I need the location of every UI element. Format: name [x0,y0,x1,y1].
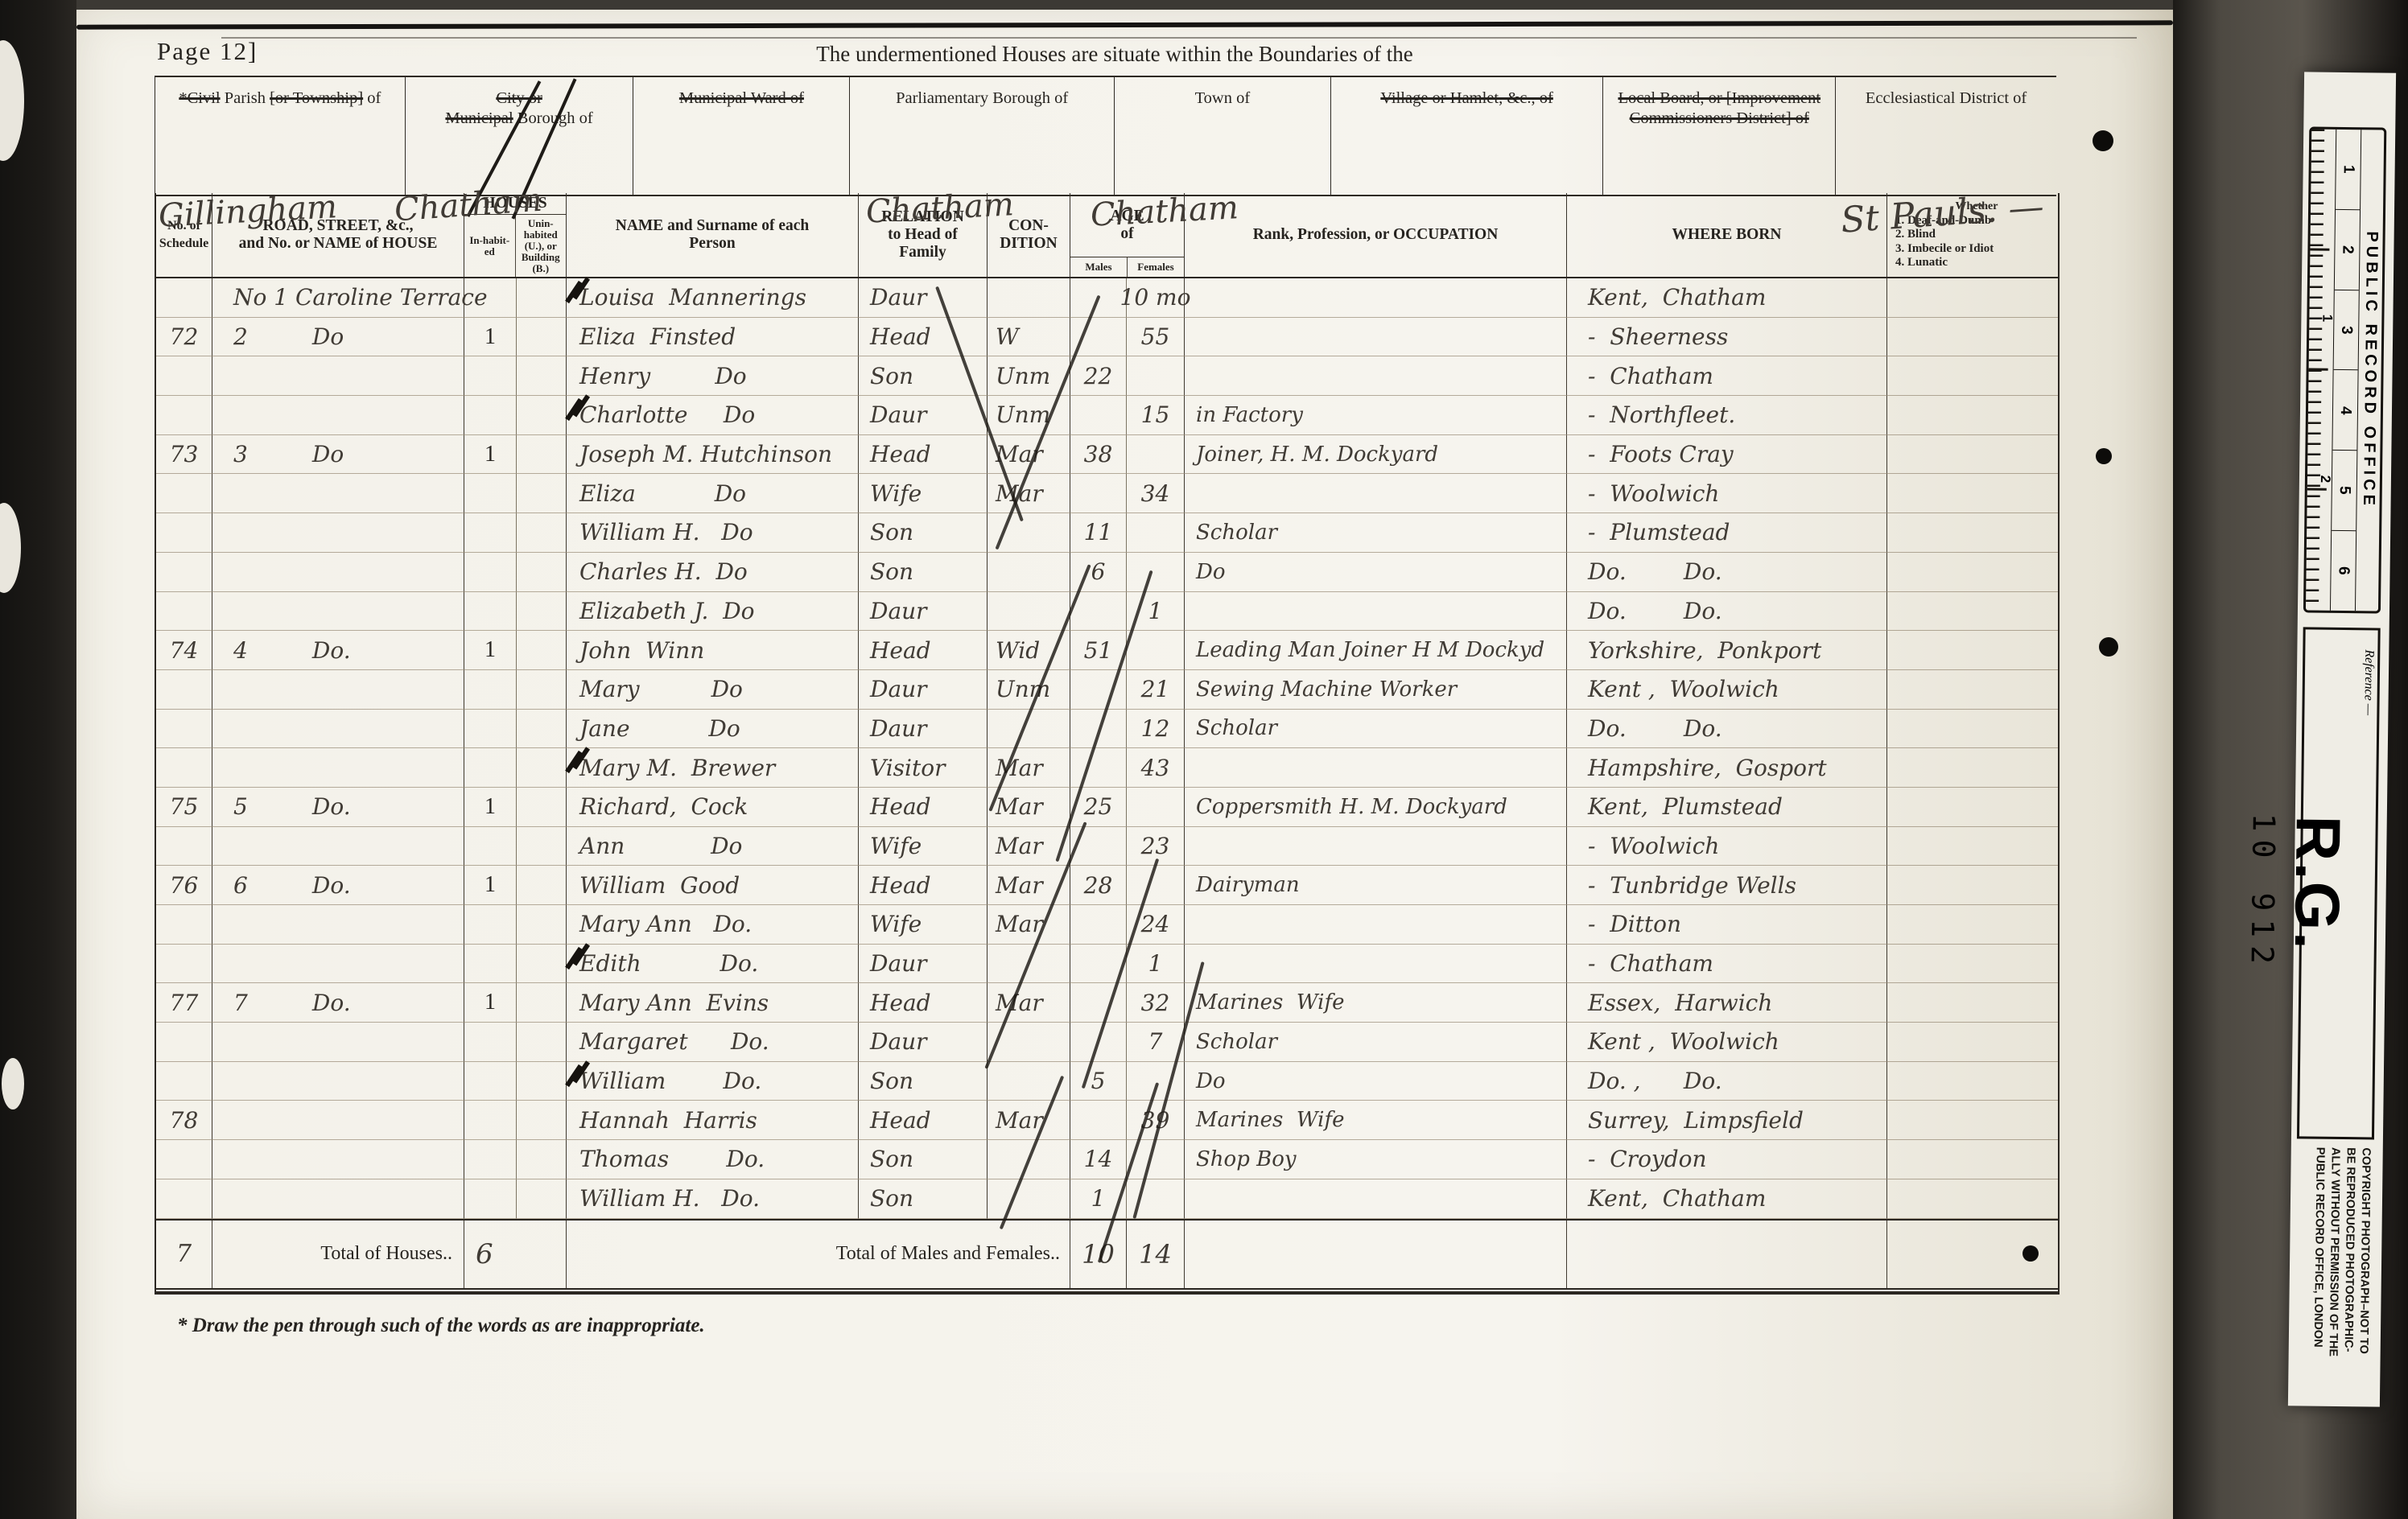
ink-blot [2022,1245,2039,1262]
cell-born: Kent , Woolwich [1567,670,1887,710]
cell-dis [1887,318,2058,357]
cell-inh [464,1101,517,1140]
totals-persons-label: Total of Males and Females.. [567,1221,1070,1288]
cell-road [212,748,464,788]
cell-inh [464,827,517,867]
cell-born: - Croydon [1567,1140,1887,1179]
cell-uninh [517,710,567,749]
cell-uninh [517,396,567,435]
cell-inh [464,356,517,396]
cell-rel: Visitor [859,748,988,788]
copyright-line: ALLY WITHOUT PERMISSION OF THE [2324,1147,2343,1398]
cell-uninh [517,1101,567,1140]
cell-sched [156,1140,212,1179]
cell-f: 55 [1127,318,1185,357]
cell-m: 14 [1070,1140,1127,1179]
field-local-board: Local Board, or [Improvement Commissione… [1603,77,1836,195]
cell-cond [988,513,1070,553]
cell-m [1070,905,1127,945]
census-table: No. of Schedule ROAD, STREET, &c., and N… [155,193,2060,1295]
cell-born: - Tunbridge Wells [1567,866,1887,905]
cell-sched [156,278,212,318]
cell-born: Kent , Woolwich [1567,1023,1887,1062]
copyright-line: PUBLIC RECORD OFFICE, LONDON [2309,1147,2328,1398]
cell-born: - Woolwich [1567,474,1887,513]
cell-sched: 75 [156,788,212,827]
cell-inh [464,513,517,553]
census-page: Page 12] The undermentioned Houses are s… [76,10,2173,1519]
cell-rel: Daur [859,396,988,435]
ink-blot [2096,448,2112,464]
cell-f [1127,435,1185,475]
rg-series: R.G. [2280,815,2355,951]
cell-road [212,474,464,513]
cell-sched [156,945,212,984]
field-ecclesiastical-district: Ecclesiastical District of St Pauls. — [1836,77,2056,195]
copyright-notice: COPYRIGHT PHOTOGRAPH–NOT TOBE REPRODUCED… [2296,1146,2373,1398]
cell-name: Margaret Do. [567,1023,859,1062]
cell-rel: Son [859,1179,988,1219]
cell-road [212,396,464,435]
cell-occ [1185,278,1567,318]
cell-rel: Daur [859,592,988,632]
cell-born: Do. Do. [1567,553,1887,592]
cell-f [1127,513,1185,553]
cell-uninh [517,553,567,592]
cell-uninh [517,592,567,632]
cell-inh [464,396,517,435]
cell-occ: Scholar [1185,513,1567,553]
pen-flourish [565,398,583,421]
cell-dis [1887,1101,2058,1140]
cell-uninh [517,788,567,827]
cell-f: 15 [1127,396,1185,435]
cell-uninh [517,631,567,670]
cell-occ: Scholar [1185,710,1567,749]
col-females: Females [1128,257,1184,277]
pen-flourish [565,947,583,969]
cell-f [1127,866,1185,905]
cell-born: Do. Do. [1567,710,1887,749]
cell-sched: 74 [156,631,212,670]
cell-m [1070,396,1127,435]
cell-rel: Head [859,1101,988,1140]
totals-houses-value: 6 [464,1221,567,1288]
field-parliamentary-borough-value: Chatham [866,195,1015,223]
cell-uninh [517,827,567,867]
cell-f [1127,788,1185,827]
cell-name: Eliza Do [567,474,859,513]
cell-occ: Do [1185,553,1567,592]
cell-road [212,513,464,553]
boundary-fields: *Civil Parish [or Township] of Gillingha… [155,76,2056,196]
cell-dis [1887,356,2058,396]
ink-blot [2099,637,2118,657]
cell-dis [1887,631,2058,670]
cell-sched: 72 [156,318,212,357]
cell-born: Do. Do. [1567,592,1887,632]
cell-m: 51 [1070,631,1127,670]
cell-dis [1887,983,2058,1023]
cell-rel: Son [859,1140,988,1179]
cell-road [212,670,464,710]
cell-rel: Head [859,318,988,357]
cell-cond: Mar [988,788,1070,827]
cell-inh [464,1023,517,1062]
totals-houses-label: Total of Houses.. [212,1221,464,1288]
cell-m: 11 [1070,513,1127,553]
cell-inh [464,553,517,592]
ruler-tick [2307,488,2327,490]
cell-sched [156,1062,212,1101]
cell-name: Richard, Cock [567,788,859,827]
footnote: * Draw the pen through such of the words… [177,1315,705,1337]
cell-dis [1887,513,2058,553]
cell-sched [156,513,212,553]
cell-born: Surrey, Limpsfield [1567,1101,1887,1140]
cell-f [1127,553,1185,592]
cell-inh: 1 [464,866,517,905]
cell-born: Kent, Chatham [1567,278,1887,318]
cell-uninh [517,670,567,710]
ink-blot [2093,130,2113,151]
ruler-cm-2: 2 [2335,210,2360,290]
cell-name: John Winn [567,631,859,670]
field-borough-value: Chatham [394,191,542,221]
cell-sched: 73 [156,435,212,475]
cell-born: Essex, Harwich [1567,983,1887,1023]
cell-uninh [517,356,567,396]
pro-reference-card: 1 2 123456 PUBLIC RECORD OFFICE Referenc… [2288,72,2396,1406]
cell-cond: Mar [988,474,1070,513]
cell-name: Henry Do [567,356,859,396]
cell-uninh [517,983,567,1023]
cell-sched: 77 [156,983,212,1023]
cell-rel: Daur [859,945,988,984]
ruler-inch-2: 2 [2317,475,2333,484]
page-number: Page 12] [157,37,258,66]
cell-occ: Dairyman [1185,866,1567,905]
cell-m [1070,592,1127,632]
cell-road [212,1101,464,1140]
cell-inh: 1 [464,983,517,1023]
ruler-tick [2309,368,2328,370]
totals-row: 7 Total of Houses.. 6 Total of Males and… [156,1219,2058,1293]
cell-name: Jane Do [567,710,859,749]
cell-uninh [517,513,567,553]
cell-occ: Marines Wife [1185,1101,1567,1140]
cell-born: - Plumstead [1567,513,1887,553]
cell-sched [156,905,212,945]
cell-uninh [517,474,567,513]
cell-f [1127,631,1185,670]
cell-f: 10 mo [1127,278,1185,318]
cell-inh [464,945,517,984]
film-edge-top [76,0,2173,10]
cell-road [212,827,464,867]
cell-road [212,710,464,749]
cell-name: Edith Do. [567,945,859,984]
cell-cond: Unm [988,396,1070,435]
cell-rel: Daur [859,670,988,710]
cell-dis [1887,553,2058,592]
pen-flourish [565,1064,583,1087]
cell-rel: Daur [859,278,988,318]
cell-dis [1887,670,2058,710]
cell-name: Hannah Harris [567,1101,859,1140]
col-occupation: Rank, Profession, or OCCUPATION [1185,193,1567,277]
cell-rel: Wife [859,827,988,867]
cell-occ: Sewing Machine Worker [1185,670,1567,710]
col-inhabited: In-habit-ed [464,215,516,277]
cell-rel: Head [859,631,988,670]
cell-sched [156,553,212,592]
page-heading: The undermentioned Houses are situate wi… [592,42,1638,67]
pen-flourish [565,281,583,303]
cell-f: 21 [1127,670,1185,710]
field-borough: City or Municipal Borough of Chatham [406,77,634,195]
cell-inh: 1 [464,788,517,827]
col-uninhabited: Unin-habited (U.), or Building (B.) [516,215,567,277]
cell-m: 5 [1070,1062,1127,1101]
cell-dis [1887,866,2058,905]
cell-sched [156,670,212,710]
cell-occ [1185,474,1567,513]
cell-road [212,1023,464,1062]
cell-f: 12 [1127,710,1185,749]
cell-road [212,592,464,632]
cell-rel: Daur [859,1023,988,1062]
cell-uninh [517,748,567,788]
pen-flourish [565,751,583,773]
field-civil-parish-value: Gillingham [158,197,337,227]
cell-dis [1887,1023,2058,1062]
cell-cond: Mar [988,983,1070,1023]
cell-cond: Mar [988,1101,1070,1140]
cell-sched [156,592,212,632]
totals-schedule-mark: 7 [156,1221,212,1288]
cell-sched [156,1023,212,1062]
cell-uninh [517,318,567,357]
cell-road [212,553,464,592]
cell-road: No 1 Caroline Terrace [212,278,464,318]
age-subcolumns: Males Females [1070,257,1184,277]
cell-dis [1887,788,2058,827]
ruler-cm-6: 6 [2331,531,2356,611]
cell-occ [1185,356,1567,396]
cell-rel: Wife [859,474,988,513]
cell-occ: Marines Wife [1185,983,1567,1023]
cell-name: Charlotte Do [567,396,859,435]
cell-f: 34 [1127,474,1185,513]
cell-uninh [517,866,567,905]
cell-m: 22 [1070,356,1127,396]
cell-rel: Son [859,553,988,592]
cell-rel: Son [859,513,988,553]
cell-cond [988,553,1070,592]
disability-item: 3. Imbecile or Idiot [1895,242,2058,257]
cell-rel: Head [859,983,988,1023]
cell-m [1070,1101,1127,1140]
cell-born: - Chatham [1567,945,1887,984]
cell-f: 43 [1127,748,1185,788]
cell-m [1070,318,1127,357]
cell-name: Thomas Do. [567,1140,859,1179]
cell-m [1070,474,1127,513]
cell-m [1070,983,1127,1023]
field-village-hamlet: Village or Hamlet, &c., of [1331,77,1604,195]
cell-road [212,945,464,984]
cell-dis [1887,827,2058,867]
ruler-cm-4: 4 [2332,370,2357,451]
cell-dis [1887,710,2058,749]
cell-name: Eliza Finsted [567,318,859,357]
field-civil-parish: *Civil Parish [or Township] of Gillingha… [155,77,406,195]
copyright-line: BE REPRODUCED PHOTOGRAPHIC- [2340,1147,2358,1398]
cell-inh [464,1140,517,1179]
cell-born: Hampshire, Gosport [1567,748,1887,788]
cell-rel: Wife [859,905,988,945]
cell-sched: 78 [156,1101,212,1140]
cell-dis [1887,396,2058,435]
census-scan: Page 12] The undermentioned Houses are s… [0,0,2408,1519]
cell-born: - Foots Cray [1567,435,1887,475]
cell-rel: Head [859,866,988,905]
cell-uninh [517,1062,567,1101]
cell-inh: 1 [464,435,517,475]
cell-f: 32 [1127,983,1185,1023]
pro-title: PUBLIC RECORD OFFICE [2356,130,2384,611]
cell-inh [464,748,517,788]
page-top-rule-2 [221,37,2137,39]
cell-occ [1185,905,1567,945]
cell-occ [1185,592,1567,632]
cell-name: Mary Do [567,670,859,710]
cell-name: Mary M. Brewer [567,748,859,788]
cell-f: 1 [1127,945,1185,984]
ruler-cm-3: 3 [2334,290,2359,371]
totals-males: 10 [1070,1221,1127,1288]
cell-occ: Scholar [1185,1023,1567,1062]
cell-road [212,1140,464,1179]
cell-uninh [517,278,567,318]
cell-born: - Northfleet. [1567,396,1887,435]
cell-uninh [517,1179,567,1219]
cell-sched [156,827,212,867]
cell-sched [156,396,212,435]
cell-name: Joseph M. Hutchinson [567,435,859,475]
cell-sched [156,710,212,749]
cell-dis [1887,1062,2058,1101]
cell-name: William Good [567,866,859,905]
cell-cond [988,1179,1070,1219]
cell-rel: Head [859,788,988,827]
field-parliamentary-borough: Parliamentary Borough of Chatham [850,77,1115,195]
film-tear [2,1058,24,1109]
page-top-rule [76,20,2173,29]
cell-cond [988,592,1070,632]
cell-occ: in Factory [1185,396,1567,435]
cell-inh [464,592,517,632]
cell-born: Kent, Chatham [1567,1179,1887,1219]
cell-inh [464,670,517,710]
cell-born: - Ditton [1567,905,1887,945]
cell-occ [1185,827,1567,867]
cell-road: 2 Do [212,318,464,357]
field-ecclesiastical-district-value: St Pauls. — [1841,196,2045,231]
cell-dis [1887,1179,2058,1219]
ruler-tick [2310,248,2329,250]
cell-occ [1185,748,1567,788]
cell-dis [1887,278,2058,318]
ruler-inch-1: 1 [2319,315,2335,323]
cell-road: 4 Do. [212,631,464,670]
cell-name: Ann Do [567,827,859,867]
table-body: No 1 Caroline TerraceLouisa ManneringsDa… [156,278,2058,1219]
cell-name: Mary Ann Evins [567,983,859,1023]
cell-inh [464,1062,517,1101]
cell-dis [1887,474,2058,513]
cell-occ [1185,318,1567,357]
col-males: Males [1070,257,1128,277]
cell-sched [156,1179,212,1219]
field-town-value: Chatham [1090,198,1239,226]
cell-name: William H. Do. [567,1179,859,1219]
cell-uninh [517,1140,567,1179]
col-name: NAME and Surname of each Person [567,193,859,277]
cell-dis [1887,592,2058,632]
cell-name: Mary Ann Do. [567,905,859,945]
cell-inh [464,278,517,318]
cell-dis [1887,945,2058,984]
houses-subcolumns: In-habit-ed Unin-habited (U.), or Buildi… [464,214,566,277]
ruler-cm-1: 1 [2336,130,2361,210]
film-tear [0,503,21,593]
cell-occ: Shop Boy [1185,1140,1567,1179]
cell-uninh [517,905,567,945]
cell-occ [1185,1179,1567,1219]
cell-road [212,1179,464,1219]
cell-inh: 1 [464,631,517,670]
cell-dis [1887,905,2058,945]
cell-cond: Unm [988,670,1070,710]
cell-name: William Do. [567,1062,859,1101]
ruler: 1 2 123456 PUBLIC RECORD OFFICE [2303,126,2386,613]
cell-sched [156,474,212,513]
cell-inh [464,905,517,945]
cell-name: William H. Do [567,513,859,553]
cell-born: - Sheerness [1567,318,1887,357]
field-municipal-ward: Municipal Ward of [633,77,850,195]
cell-occ: Leading Man Joiner H M Dockyd [1185,631,1567,670]
rg-piece: 10 912 [2244,813,2281,973]
cell-dis [1887,435,2058,475]
cell-sched: 76 [156,866,212,905]
cell-road [212,905,464,945]
cell-uninh [517,945,567,984]
film-tear [0,40,24,161]
cell-inh [464,710,517,749]
totals-occ-empty [1185,1221,1567,1288]
reference-number: R.G. 10 912 [2301,634,2357,1132]
cell-occ: Do [1185,1062,1567,1101]
cell-m: 38 [1070,435,1127,475]
cell-cond [988,278,1070,318]
cell-dis [1887,748,2058,788]
disability-item: 4. Lunatic [1895,256,2058,270]
cell-inh: 1 [464,318,517,357]
cell-occ: Joiner, H. M. Dockyard [1185,435,1567,475]
